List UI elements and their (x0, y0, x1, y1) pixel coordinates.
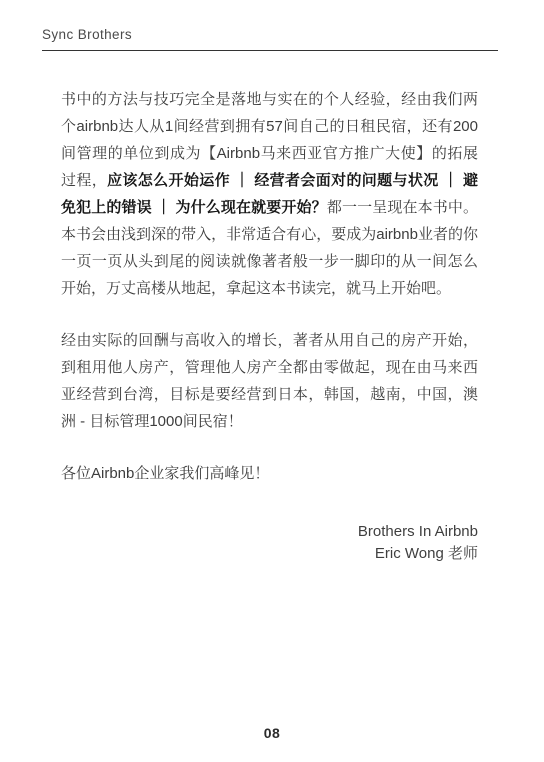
signature-author-line: Eric Wong 老师 (61, 543, 478, 565)
brand-title: Sync Brothers (42, 27, 498, 42)
page-body: 书中的方法与技巧完全是落地与实在的个人经验，经由我们两个airbnb达人从1间经… (61, 86, 478, 565)
page-number: 08 (264, 725, 281, 741)
page-header: Sync Brothers (42, 27, 498, 51)
page-footer: 08 (0, 725, 544, 743)
signature-block: Brothers In Airbnb Eric Wong 老师 (61, 521, 478, 565)
paragraph-book-intro: 书中的方法与技巧完全是落地与实在的个人经验，经由我们两个airbnb达人从1间经… (61, 86, 478, 302)
signature-brand-line: Brothers In Airbnb (61, 521, 478, 543)
book-page: Sync Brothers 书中的方法与技巧完全是落地与实在的个人经验，经由我们… (0, 0, 544, 762)
paragraph-author-journey: 经由实际的回酬与高收入的增长，著者从用自己的房产开始，到租用他人房产，管理他人房… (61, 327, 478, 435)
paragraph-farewell: 各位Airbnb企业家我们高峰见！ (61, 460, 478, 487)
